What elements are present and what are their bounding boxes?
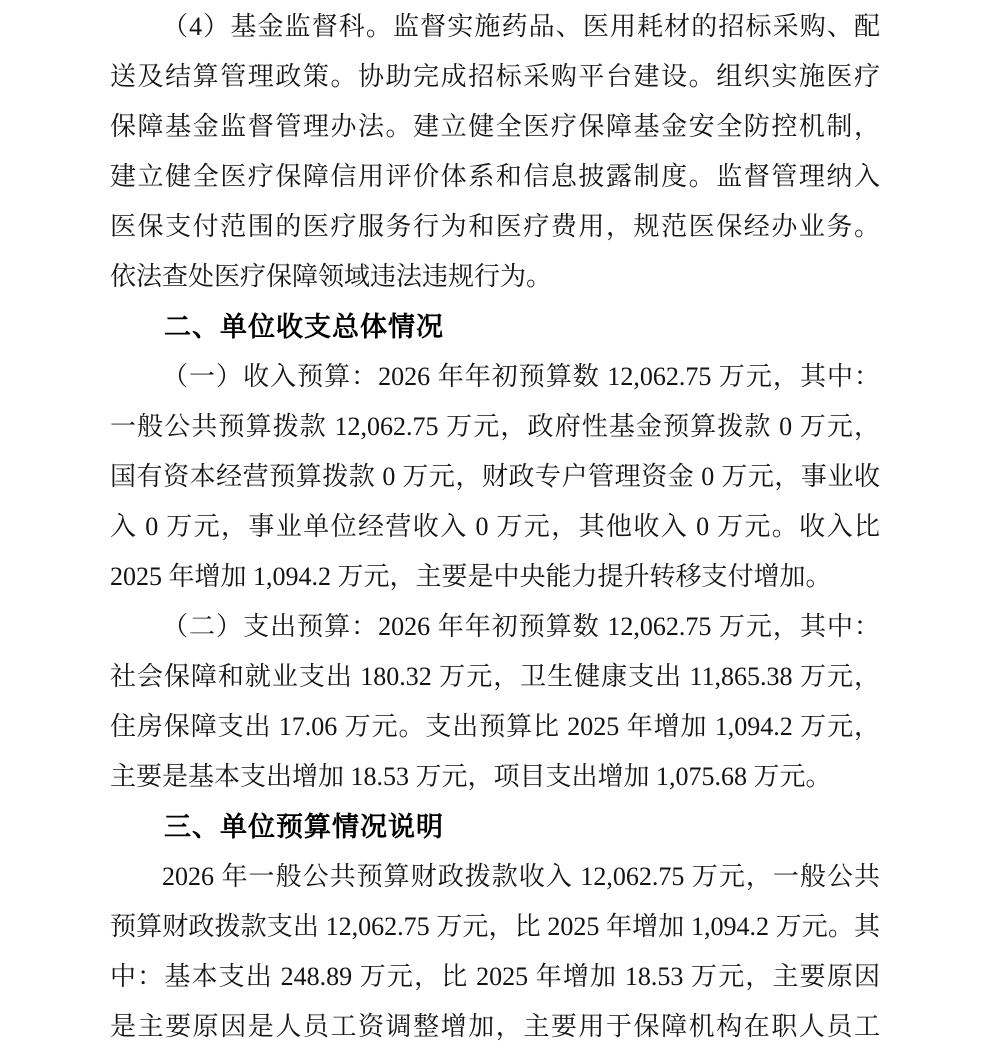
text-line: 中：基本支出 248.89 万元，比 2025 年增加 18.53 万元，主要原… [110,952,880,1002]
text-line: 是主要原因是人员工资调整增加，主要用于保障机构在职人员工 [110,1002,880,1052]
section-heading-income-expenditure-overview: 二、单位收支总体情况 [110,302,880,352]
section-heading-budget-explanation: 三、单位预算情况说明 [110,802,880,852]
text-line: 送及结算管理政策。协助完成招标采购平台建设。组织实施医疗 [110,52,880,102]
document-page: （4）基金监督科。监督实施药品、医用耗材的招标采购、配 送及结算管理政策。协助完… [0,0,1000,1053]
text-line: （二）支出预算：2026 年年初预算数 12,062.75 万元，其中： [110,602,880,652]
text-line: 医保支付范围的医疗服务行为和医疗费用，规范医保经办业务。 [110,202,880,252]
paragraph-budget-explanation: 2026 年一般公共预算财政拨款收入 12,062.75 万元，一般公共 预算财… [110,852,880,1052]
text-line: 保障基金监督管理办法。建立健全医疗保障基金安全防控机制， [110,102,880,152]
text-line: 预算财政拨款支出 12,062.75 万元，比 2025 年增加 1,094.2… [110,902,880,952]
text-line: 一般公共预算拨款 12,062.75 万元，政府性基金预算拨款 0 万元， [110,402,880,452]
text-line: 2026 年一般公共预算财政拨款收入 12,062.75 万元，一般公共 [110,852,880,902]
paragraph-fund-supervision-duties: （4）基金监督科。监督实施药品、医用耗材的招标采购、配 送及结算管理政策。协助完… [110,2,880,302]
text-line: 主要是基本支出增加 18.53 万元，项目支出增加 1,075.68 万元。 [110,752,880,802]
paragraph-income-budget: （一）收入预算：2026 年年初预算数 12,062.75 万元，其中： 一般公… [110,352,880,602]
text-line: 住房保障支出 17.06 万元。支出预算比 2025 年增加 1,094.2 万… [110,702,880,752]
text-line: 2025 年增加 1,094.2 万元，主要是中央能力提升转移支付增加。 [110,552,880,602]
text-line: 国有资本经营预算拨款 0 万元，财政专户管理资金 0 万元，事业收 [110,452,880,502]
paragraph-expenditure-budget: （二）支出预算：2026 年年初预算数 12,062.75 万元，其中： 社会保… [110,602,880,802]
text-line: 入 0 万元，事业单位经营收入 0 万元，其他收入 0 万元。收入比 [110,502,880,552]
text-line: （4）基金监督科。监督实施药品、医用耗材的招标采购、配 [110,2,880,52]
text-line: （一）收入预算：2026 年年初预算数 12,062.75 万元，其中： [110,352,880,402]
text-line: 建立健全医疗保障信用评价体系和信息披露制度。监督管理纳入 [110,152,880,202]
text-line: 依法查处医疗保障领域违法违规行为。 [110,252,880,302]
text-line: 社会保障和就业支出 180.32 万元，卫生健康支出 11,865.38 万元， [110,652,880,702]
